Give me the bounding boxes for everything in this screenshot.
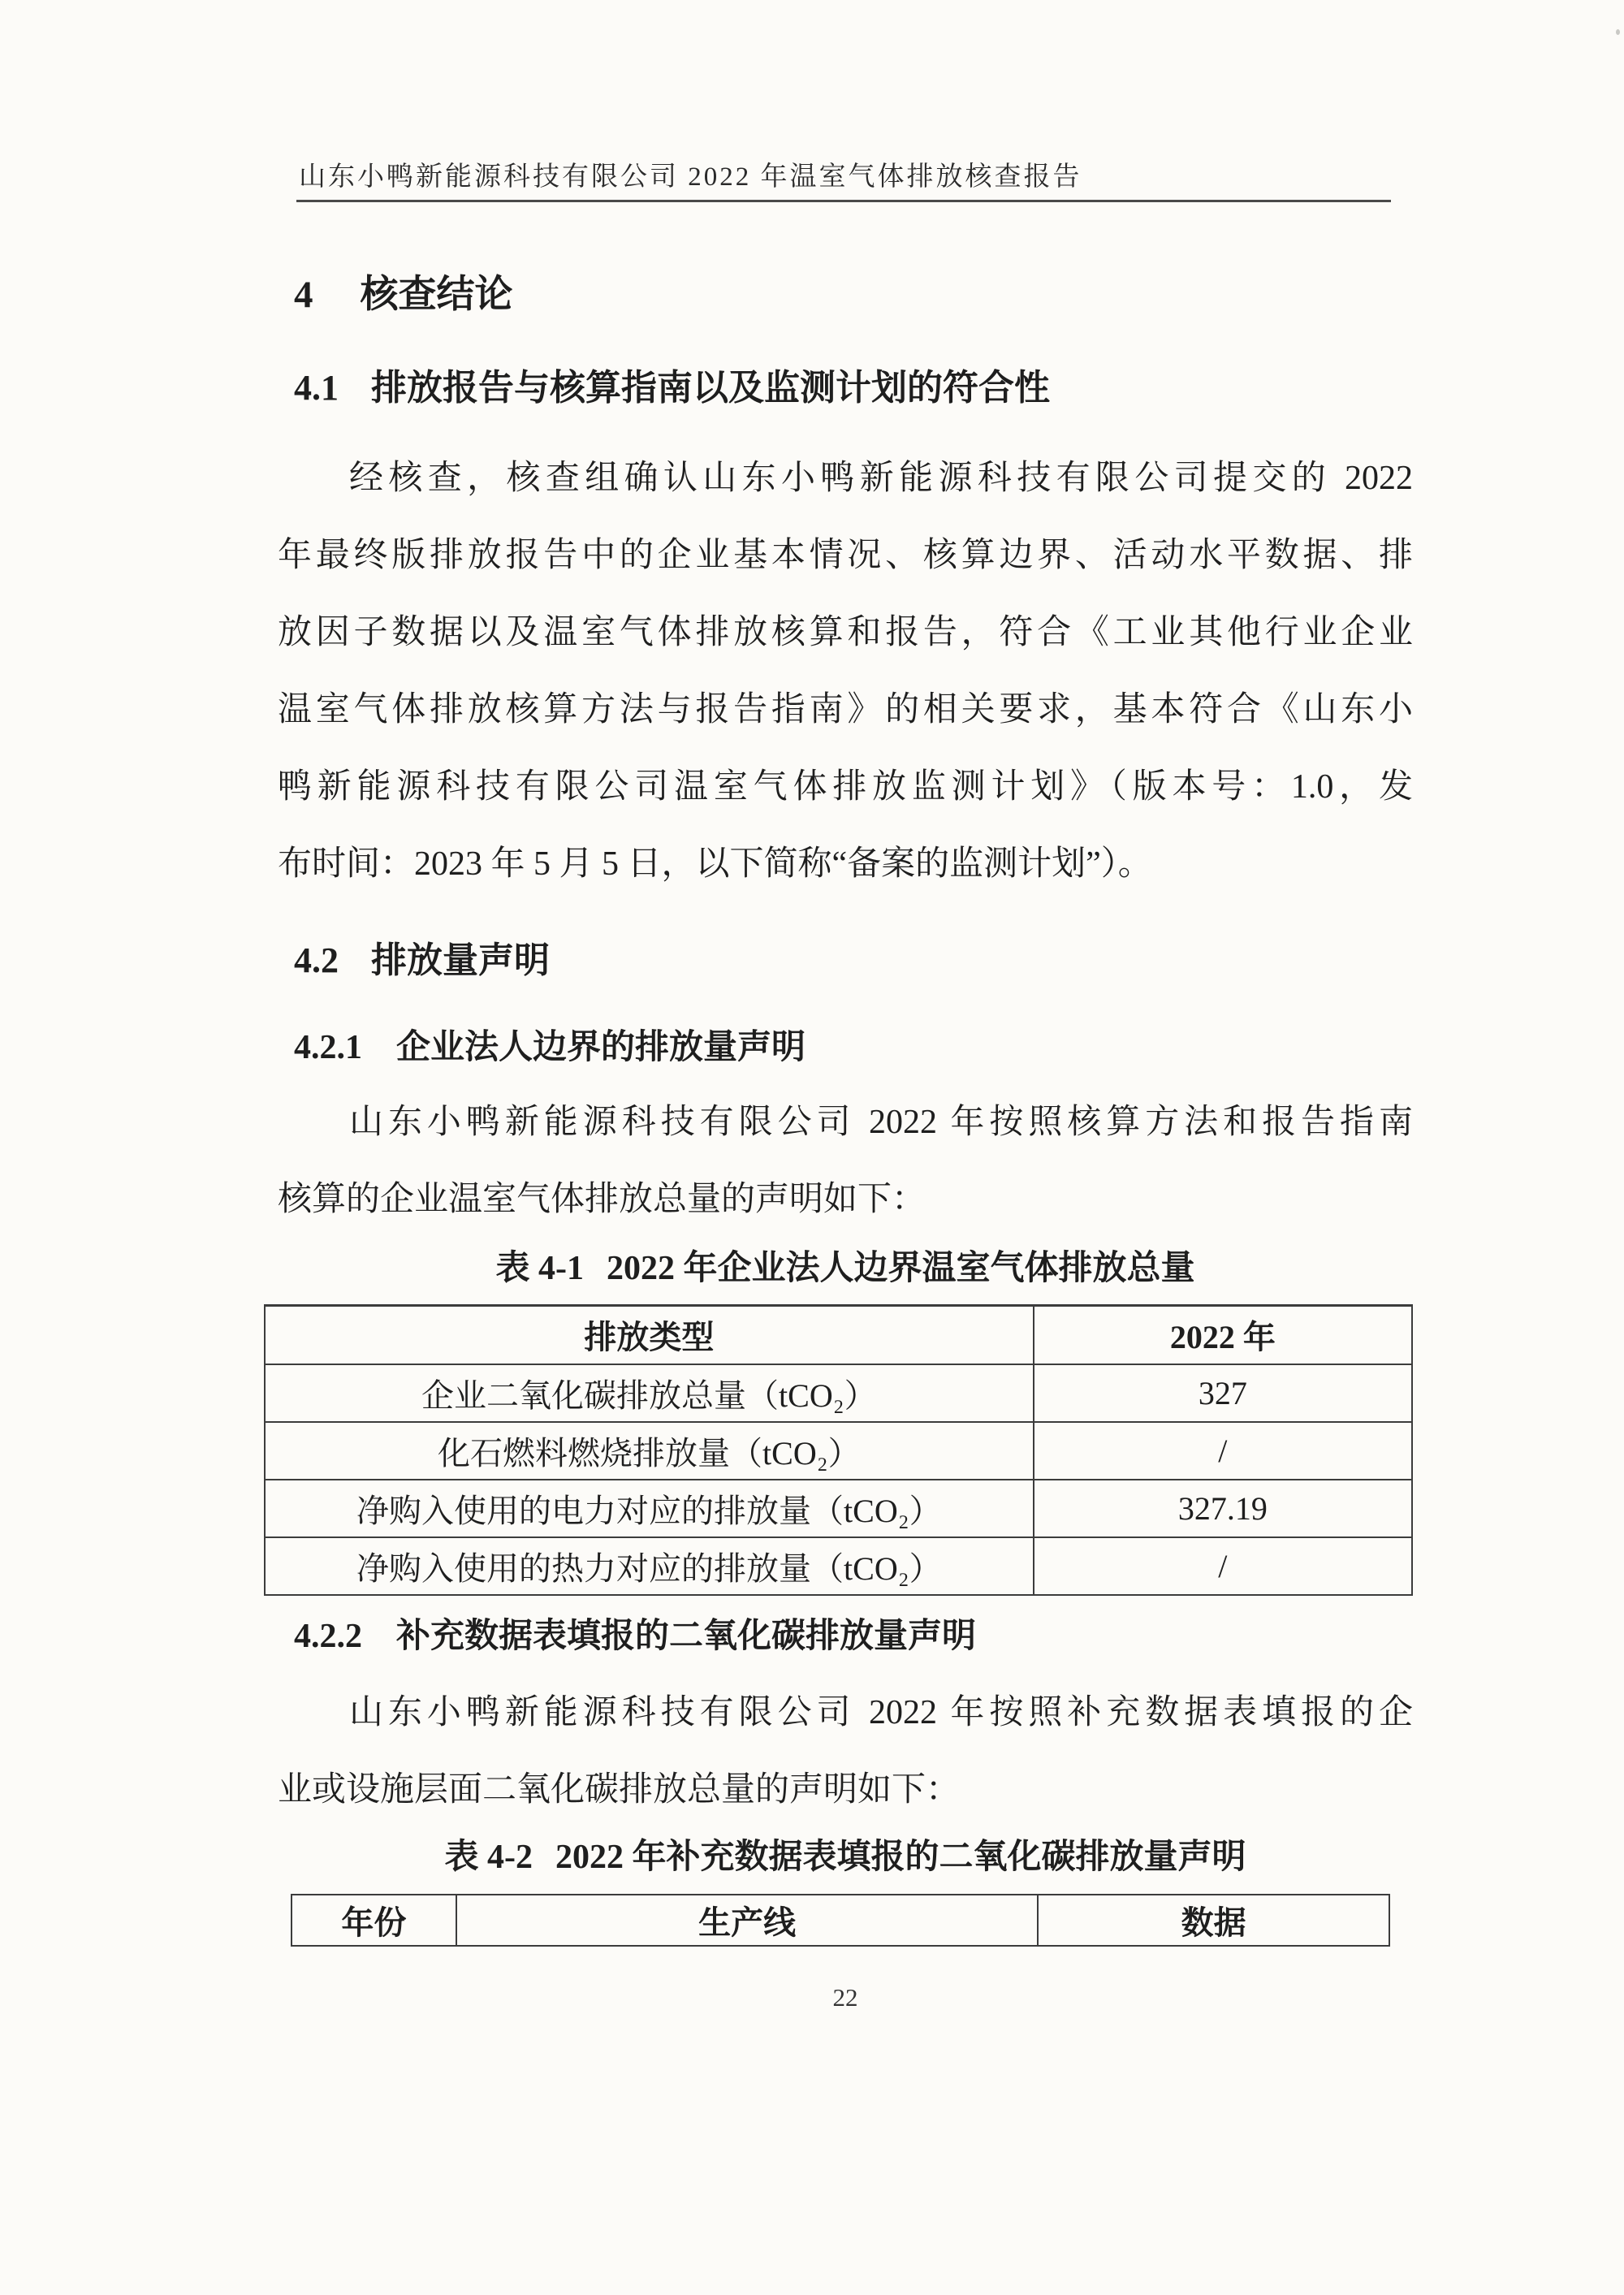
section-title: 补充数据表填报的二氧化碳排放量声明 bbox=[396, 1618, 976, 1655]
section-4-1-heading: 4.1排放报告与核算指南以及监测计划的符合性 bbox=[294, 363, 1415, 413]
column-header: 数据 bbox=[1038, 1895, 1389, 1946]
section-title: 排放报告与核算指南以及监测计划的符合性 bbox=[371, 368, 1050, 408]
column-header: 年份 bbox=[292, 1895, 456, 1946]
section-number: 4.2 bbox=[294, 940, 339, 980]
emission-value-cell: 327.19 bbox=[1034, 1480, 1412, 1537]
column-header: 生产线 bbox=[456, 1895, 1039, 1946]
paragraph-line: 山东小鸭新能源科技有限公司 2022 年按照补充数据表填报的企 bbox=[278, 1675, 1413, 1752]
section-4-2-2-heading: 4.2.2补充数据表填报的二氧化碳排放量声明 bbox=[294, 1612, 1415, 1661]
section-number: 4 bbox=[294, 274, 313, 316]
running-header: 山东小鸭新能源科技有限公司 2022 年温室气体排放核查报告 bbox=[299, 154, 1391, 200]
paragraph-line: 鸭新能源科技有限公司温室气体排放监测计划》（版本号：1.0，发 bbox=[278, 749, 1413, 826]
section-4-2-1-heading: 4.2.1企业法人边界的排放量声明 bbox=[294, 1023, 1415, 1072]
paragraph-line: 布时间：2023 年 5 月 5 日，以下简称“备案的监测计划”）。 bbox=[278, 826, 1413, 903]
document-page: 山东小鸭新能源科技有限公司 2022 年温室气体排放核查报告 4核查结论 4.1… bbox=[0, 0, 1624, 2295]
section-number: 4.1 bbox=[294, 368, 339, 408]
paragraph-line: 山东小鸭新能源科技有限公司 2022 年按照核算方法和报告指南 bbox=[278, 1084, 1413, 1161]
section-4-heading: 4核查结论 bbox=[294, 268, 1415, 322]
emission-type-cell: 化石燃料燃烧排放量（tCO₂） bbox=[265, 1422, 1034, 1480]
emission-value-cell: / bbox=[1034, 1537, 1412, 1595]
table-row: 企业二氧化碳排放总量（tCO₂） 327 bbox=[265, 1364, 1412, 1422]
table-row: 化石燃料燃烧排放量（tCO₂） / bbox=[265, 1422, 1412, 1480]
header-rule bbox=[296, 200, 1391, 202]
section-number: 4.2.1 bbox=[294, 1029, 362, 1066]
column-header: 2022 年 bbox=[1034, 1306, 1412, 1364]
column-header: 排放类型 bbox=[265, 1306, 1034, 1364]
emission-type-cell: 净购入使用的热力对应的排放量（tCO₂） bbox=[265, 1537, 1034, 1595]
emission-value-cell: / bbox=[1034, 1422, 1412, 1480]
page-number: 22 bbox=[278, 1983, 1413, 2012]
paragraph-4-2-1: 山东小鸭新能源科技有限公司 2022 年按照核算方法和报告指南 核算的企业温室气… bbox=[278, 1084, 1413, 1238]
table-row: 净购入使用的热力对应的排放量（tCO₂） / bbox=[265, 1537, 1412, 1595]
section-title: 核查结论 bbox=[361, 274, 513, 316]
section-4-2-heading: 4.2排放量声明 bbox=[294, 936, 1415, 986]
emission-value-cell: 327 bbox=[1034, 1364, 1412, 1422]
table-caption-label: 表 4-1 bbox=[495, 1250, 584, 1287]
paragraph-line: 业或设施层面二氧化碳排放总量的声明如下： bbox=[278, 1752, 1413, 1829]
paragraph-line: 温室气体排放核算方法与报告指南》的相关要求，基本符合《山东小 bbox=[278, 672, 1413, 749]
paragraph-line: 核算的企业温室气体排放总量的声明如下： bbox=[278, 1161, 1413, 1238]
table-caption-label: 表 4-2 bbox=[444, 1839, 533, 1876]
table-caption-text: 2022 年企业法人边界温室气体排放总量 bbox=[607, 1250, 1195, 1287]
section-title: 排放量声明 bbox=[371, 940, 550, 980]
table-header-row: 年份 生产线 数据 bbox=[292, 1895, 1389, 1946]
emission-type-cell: 企业二氧化碳排放总量（tCO₂） bbox=[265, 1364, 1034, 1422]
table-4-1: 排放类型 2022 年 企业二氧化碳排放总量（tCO₂） 327 化石燃料燃烧排… bbox=[264, 1304, 1413, 1596]
table-caption-text: 2022 年补充数据表填报的二氧化碳排放量声明 bbox=[555, 1839, 1246, 1876]
emission-type-cell: 净购入使用的电力对应的排放量（tCO₂） bbox=[265, 1480, 1034, 1537]
paragraph-line: 放因子数据以及温室气体排放核算和报告，符合《工业其他行业企业 bbox=[278, 594, 1413, 672]
table-row: 净购入使用的电力对应的排放量（tCO₂） 327.19 bbox=[265, 1480, 1412, 1537]
table-4-1-caption: 表 4-12022 年企业法人边界温室气体排放总量 bbox=[278, 1245, 1413, 1292]
table-header-row: 排放类型 2022 年 bbox=[265, 1306, 1412, 1364]
table-4-2: 年份 生产线 数据 bbox=[291, 1894, 1390, 1947]
paragraph-4-1: 经核查，核查组确认山东小鸭新能源科技有限公司提交的 2022 年最终版排放报告中… bbox=[278, 440, 1413, 903]
section-number: 4.2.2 bbox=[294, 1618, 362, 1655]
scan-artifact bbox=[1616, 29, 1620, 35]
paragraph-line: 经核查，核查组确认山东小鸭新能源科技有限公司提交的 2022 bbox=[278, 440, 1413, 517]
paragraph-line: 年最终版排放报告中的企业基本情况、核算边界、活动水平数据、排 bbox=[278, 517, 1413, 594]
paragraph-4-2-2: 山东小鸭新能源科技有限公司 2022 年按照补充数据表填报的企 业或设施层面二氧… bbox=[278, 1675, 1413, 1829]
table-4-2-caption: 表 4-22022 年补充数据表填报的二氧化碳排放量声明 bbox=[278, 1834, 1413, 1881]
section-title: 企业法人边界的排放量声明 bbox=[396, 1029, 806, 1066]
